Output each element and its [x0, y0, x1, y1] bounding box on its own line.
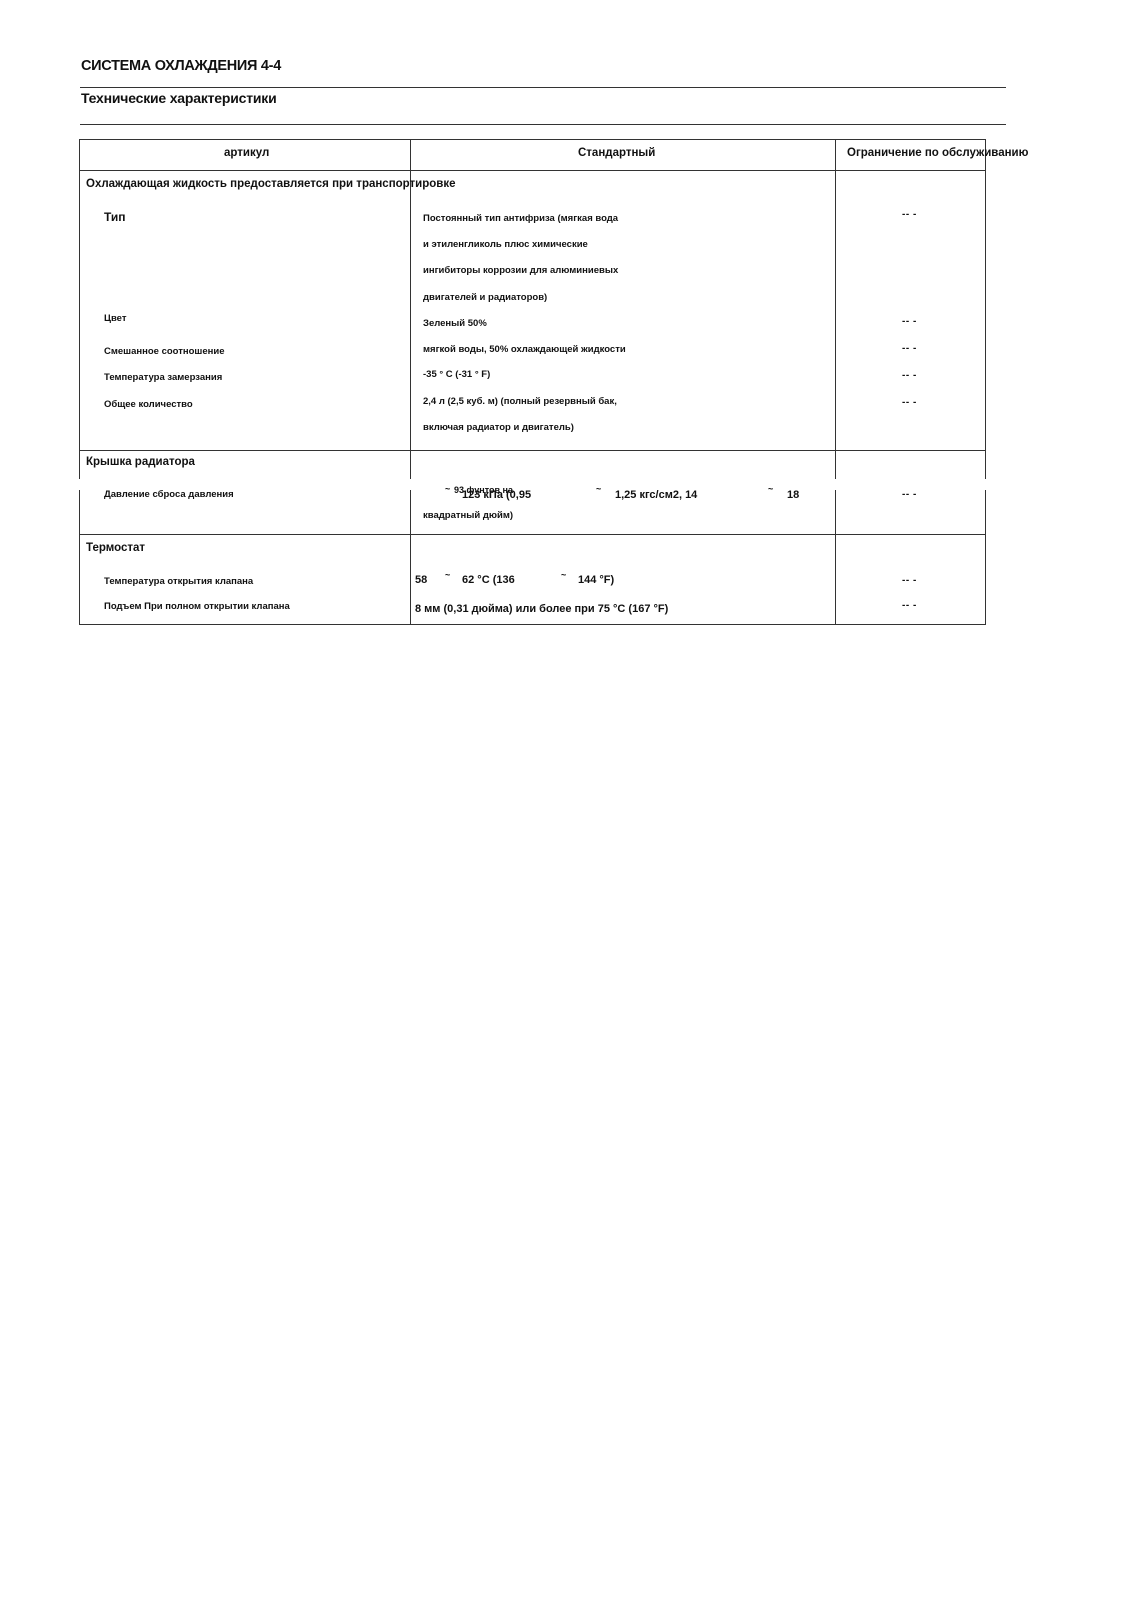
- row-value-type-line1: Постоянный тип антифриза (мягкая вода: [423, 213, 618, 224]
- tilde-mark: ~: [768, 484, 773, 494]
- divider: [80, 124, 1006, 125]
- row-value-relief-line2: квадратный дюйм): [423, 510, 513, 521]
- row-limit-valve-opening-temp: -- -: [902, 575, 917, 586]
- row-value-freezing-point: -35 ° C (-31 ° F): [423, 369, 490, 380]
- tilde-mark: ~: [596, 484, 601, 494]
- row-value-type-line3: ингибиторы коррозии для алюминиевых: [423, 265, 618, 276]
- divider: [80, 87, 1006, 88]
- section-heading-thermostat: Термостат: [86, 542, 145, 554]
- row-limit-relief-pressure: -- -: [902, 489, 917, 500]
- row-label-type: Тип: [104, 210, 126, 224]
- column-header-service-limit: Ограничение по обслуживанию: [847, 147, 1028, 159]
- column-header-standard: Стандартный: [578, 147, 655, 159]
- row-value-total-amount-line1: 2,4 л (2,5 куб. м) (полный резервный бак…: [423, 396, 617, 407]
- row-limit-type: -- -: [902, 209, 917, 220]
- row-label-valve-lift: Подъем При полном открытии клапана: [104, 601, 290, 612]
- row-value-valve-lift: 8 мм (0,31 дюйма) или более при 75 °C (1…: [415, 603, 668, 615]
- row-value-type-line4: двигателей и радиаторов): [423, 292, 547, 303]
- row-limit-color: -- -: [902, 316, 917, 327]
- page-header: СИСТЕМА ОХЛАЖДЕНИЯ 4-4: [81, 58, 281, 74]
- row-label-freezing-point: Температура замерзания: [104, 372, 222, 383]
- row-value-opening-temp-c: 144 °F): [578, 574, 614, 586]
- tilde-mark: ~: [445, 570, 450, 580]
- table-border-left: [79, 490, 80, 625]
- tilde-mark: ~: [561, 570, 566, 580]
- row-value-relief-part2: 1,25 кгс/см2, 14: [615, 489, 697, 501]
- row-label-valve-opening-temp: Температура открытия клапана: [104, 576, 253, 587]
- row-value-color: Зеленый 50%: [423, 318, 487, 329]
- row-value-opening-temp-a: 58: [415, 574, 427, 586]
- column-divider: [410, 139, 411, 479]
- section-heading-coolant: Охлаждающая жидкость предоставляется при…: [86, 178, 456, 190]
- table-border-top: [79, 139, 986, 140]
- tilde-mark: ~: [445, 484, 450, 494]
- table-border-right: [985, 139, 986, 479]
- row-value-mix-ratio: мягкой воды, 50% охлаждающей жидкости: [423, 344, 626, 355]
- row-limit-total-amount: -- -: [902, 397, 917, 408]
- row-divider: [79, 450, 986, 451]
- row-label-mix-ratio: Смешанное соотношение: [104, 346, 225, 357]
- row-label-total-amount: Общее количество: [104, 399, 193, 410]
- table-header-divider: [79, 170, 986, 171]
- section-heading-radiator-cap: Крышка радиатора: [86, 456, 195, 468]
- row-label-color: Цвет: [104, 313, 126, 324]
- row-divider: [79, 534, 986, 535]
- row-value-relief-part1: 123 кПа (0,95: [462, 489, 531, 501]
- row-limit-freezing-point: -- -: [902, 370, 917, 381]
- column-divider: [835, 139, 836, 479]
- row-limit-valve-lift: -- -: [902, 600, 917, 611]
- table-border-right: [985, 490, 986, 625]
- column-divider: [410, 490, 411, 625]
- row-value-relief-part3: 18: [787, 489, 799, 501]
- table-border-bottom: [79, 624, 986, 625]
- row-limit-mix-ratio: -- -: [902, 343, 917, 354]
- row-label-relief-pressure: Давление сброса давления: [104, 489, 234, 500]
- column-divider: [835, 490, 836, 625]
- column-header-item: артикул: [224, 147, 269, 159]
- section-title: Технические характеристики: [81, 90, 277, 106]
- table-border-left: [79, 139, 80, 479]
- row-value-opening-temp-b: 62 °C (136: [462, 574, 515, 586]
- row-value-type-line2: и этиленгликоль плюс химические: [423, 239, 588, 250]
- row-value-total-amount-line2: включая радиатор и двигатель): [423, 422, 574, 433]
